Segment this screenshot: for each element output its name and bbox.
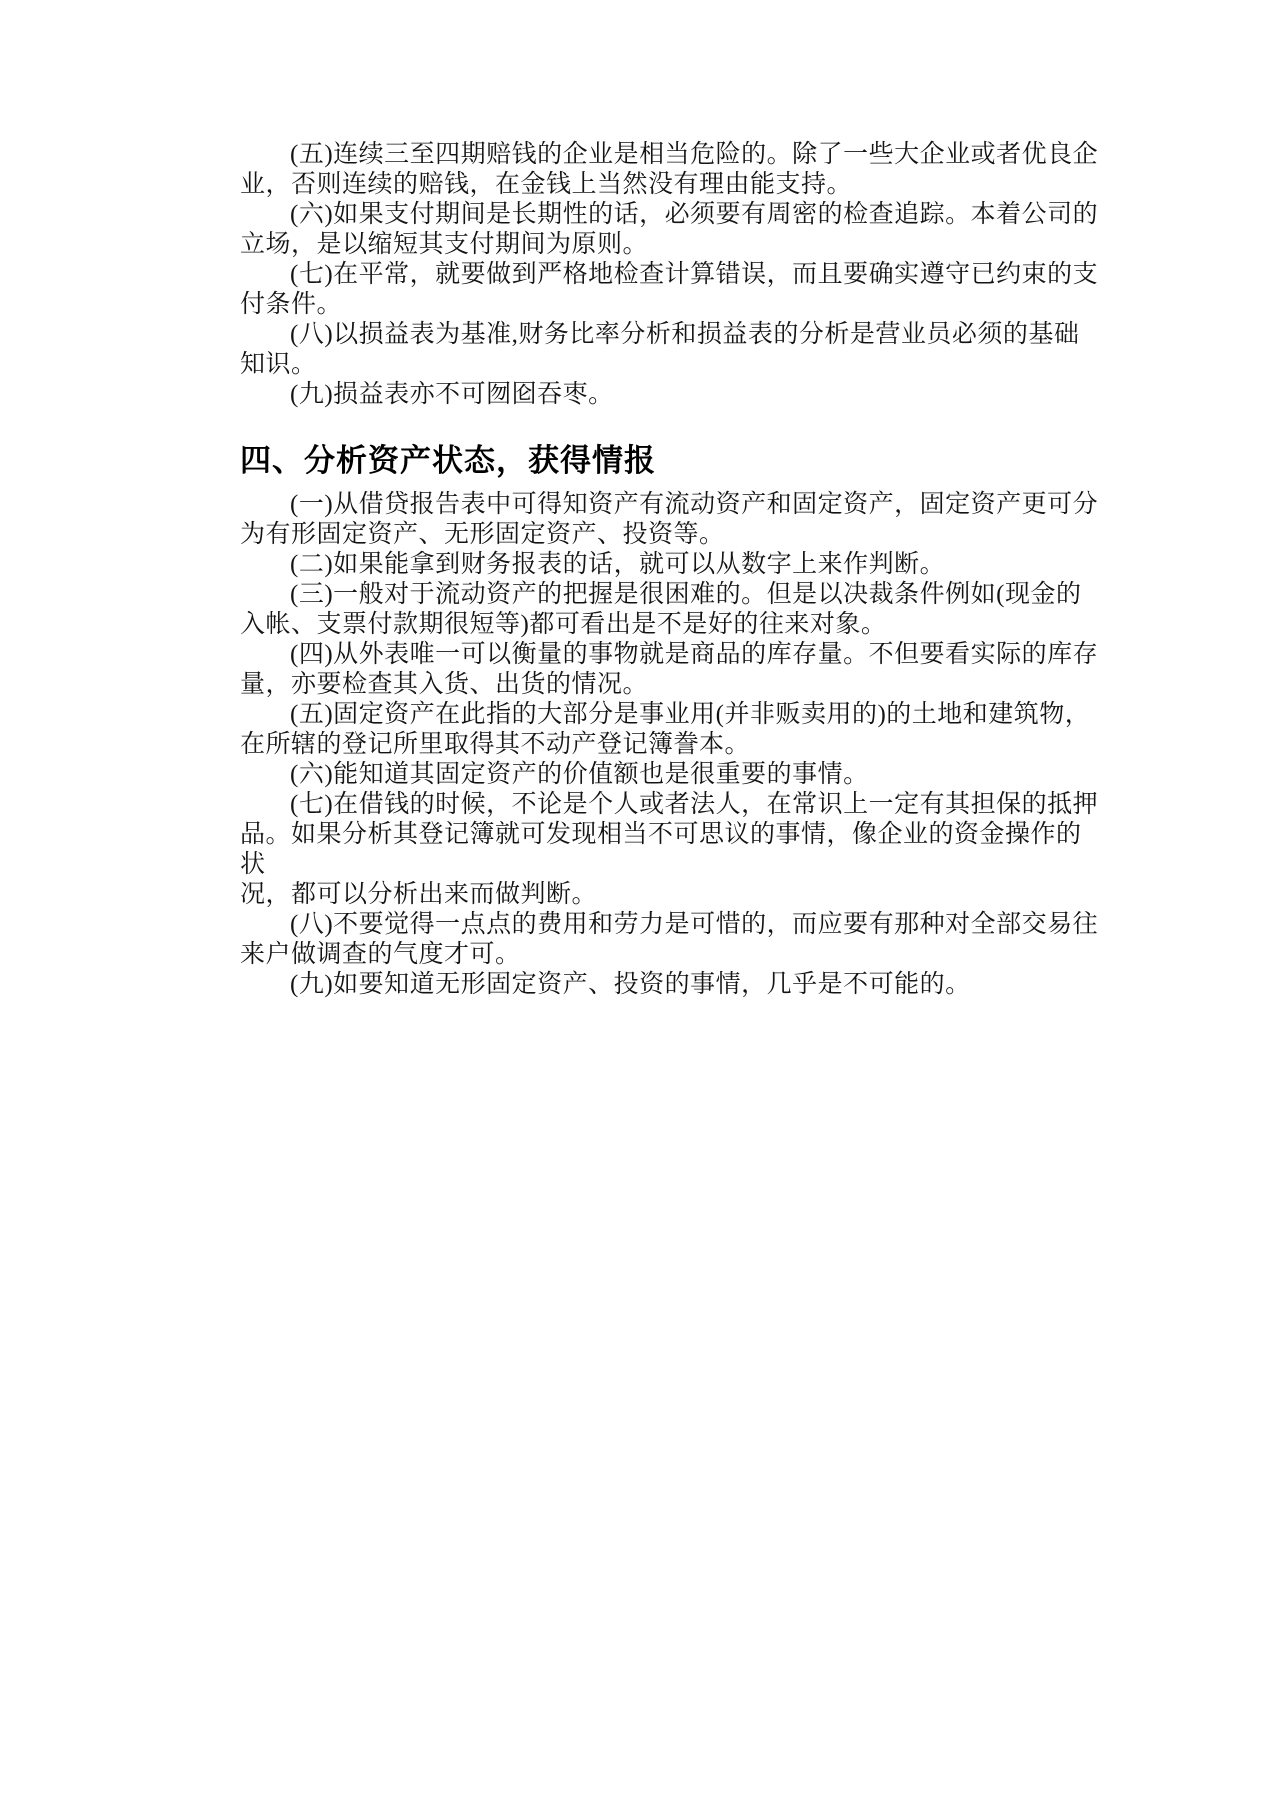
paragraph-item-8b: (八)不要觉得一点点的费用和劳力是可惜的，而应要有那种对全部交易往 来户做调查的… bbox=[240, 910, 1102, 970]
section-four-heading: 四、分析资产状态，获得情报 bbox=[240, 442, 1102, 480]
paragraph-item-4: (四)从外表唯一可以衡量的事物就是商品的库存量。不但要看实际的库存 量，亦要检查… bbox=[240, 640, 1102, 700]
document-page: (五)连续三至四期赔钱的企业是相当危险的。除了一些大企业或者优良企 业，否则连续… bbox=[0, 0, 1280, 1810]
section-three-body: (五)连续三至四期赔钱的企业是相当危险的。除了一些大企业或者优良企 业，否则连续… bbox=[240, 140, 1102, 410]
paragraph-item-6b: (六)能知道其固定资产的价值额也是很重要的事情。 bbox=[240, 760, 1102, 790]
section-four-body: (一)从借贷报告表中可得知资产有流动资产和固定资产，固定资产更可分 为有形固定资… bbox=[240, 490, 1102, 1000]
paragraph-item-6: (六)如果支付期间是长期性的话，必须要有周密的检查追踪。本着公司的 立场，是以缩… bbox=[240, 200, 1102, 260]
paragraph-item-7: (七)在平常，就要做到严格地检查计算错误，而且要确实遵守已约束的支 付条件。 bbox=[240, 260, 1102, 320]
paragraph-item-5: (五)连续三至四期赔钱的企业是相当危险的。除了一些大企业或者优良企 业，否则连续… bbox=[240, 140, 1102, 200]
paragraph-item-1: (一)从借贷报告表中可得知资产有流动资产和固定资产，固定资产更可分 为有形固定资… bbox=[240, 490, 1102, 550]
paragraph-item-8: (八)以损益表为基准,财务比率分析和损益表的分析是营业员必须的基础 知识。 bbox=[240, 320, 1102, 380]
paragraph-item-7b: (七)在借钱的时候，不论是个人或者法人，在常识上一定有其担保的抵押 品。如果分析… bbox=[240, 790, 1102, 910]
paragraph-item-5b: (五)固定资产在此指的大部分是事业用(并非贩卖用的)的土地和建筑物， 在所辖的登… bbox=[240, 700, 1102, 760]
paragraph-item-2: (二)如果能拿到财务报表的话，就可以从数字上来作判断。 bbox=[240, 550, 1102, 580]
paragraph-item-9: (九)损益表亦不可囫囵吞枣。 bbox=[240, 380, 1102, 410]
text-column: (五)连续三至四期赔钱的企业是相当危险的。除了一些大企业或者优良企 业，否则连续… bbox=[240, 140, 1102, 1000]
paragraph-item-3: (三)一般对于流动资产的把握是很困难的。但是以决裁条件例如(现金的 入帐、支票付… bbox=[240, 580, 1102, 640]
paragraph-item-9b: (九)如要知道无形固定资产、投资的事情，几乎是不可能的。 bbox=[240, 970, 1102, 1000]
